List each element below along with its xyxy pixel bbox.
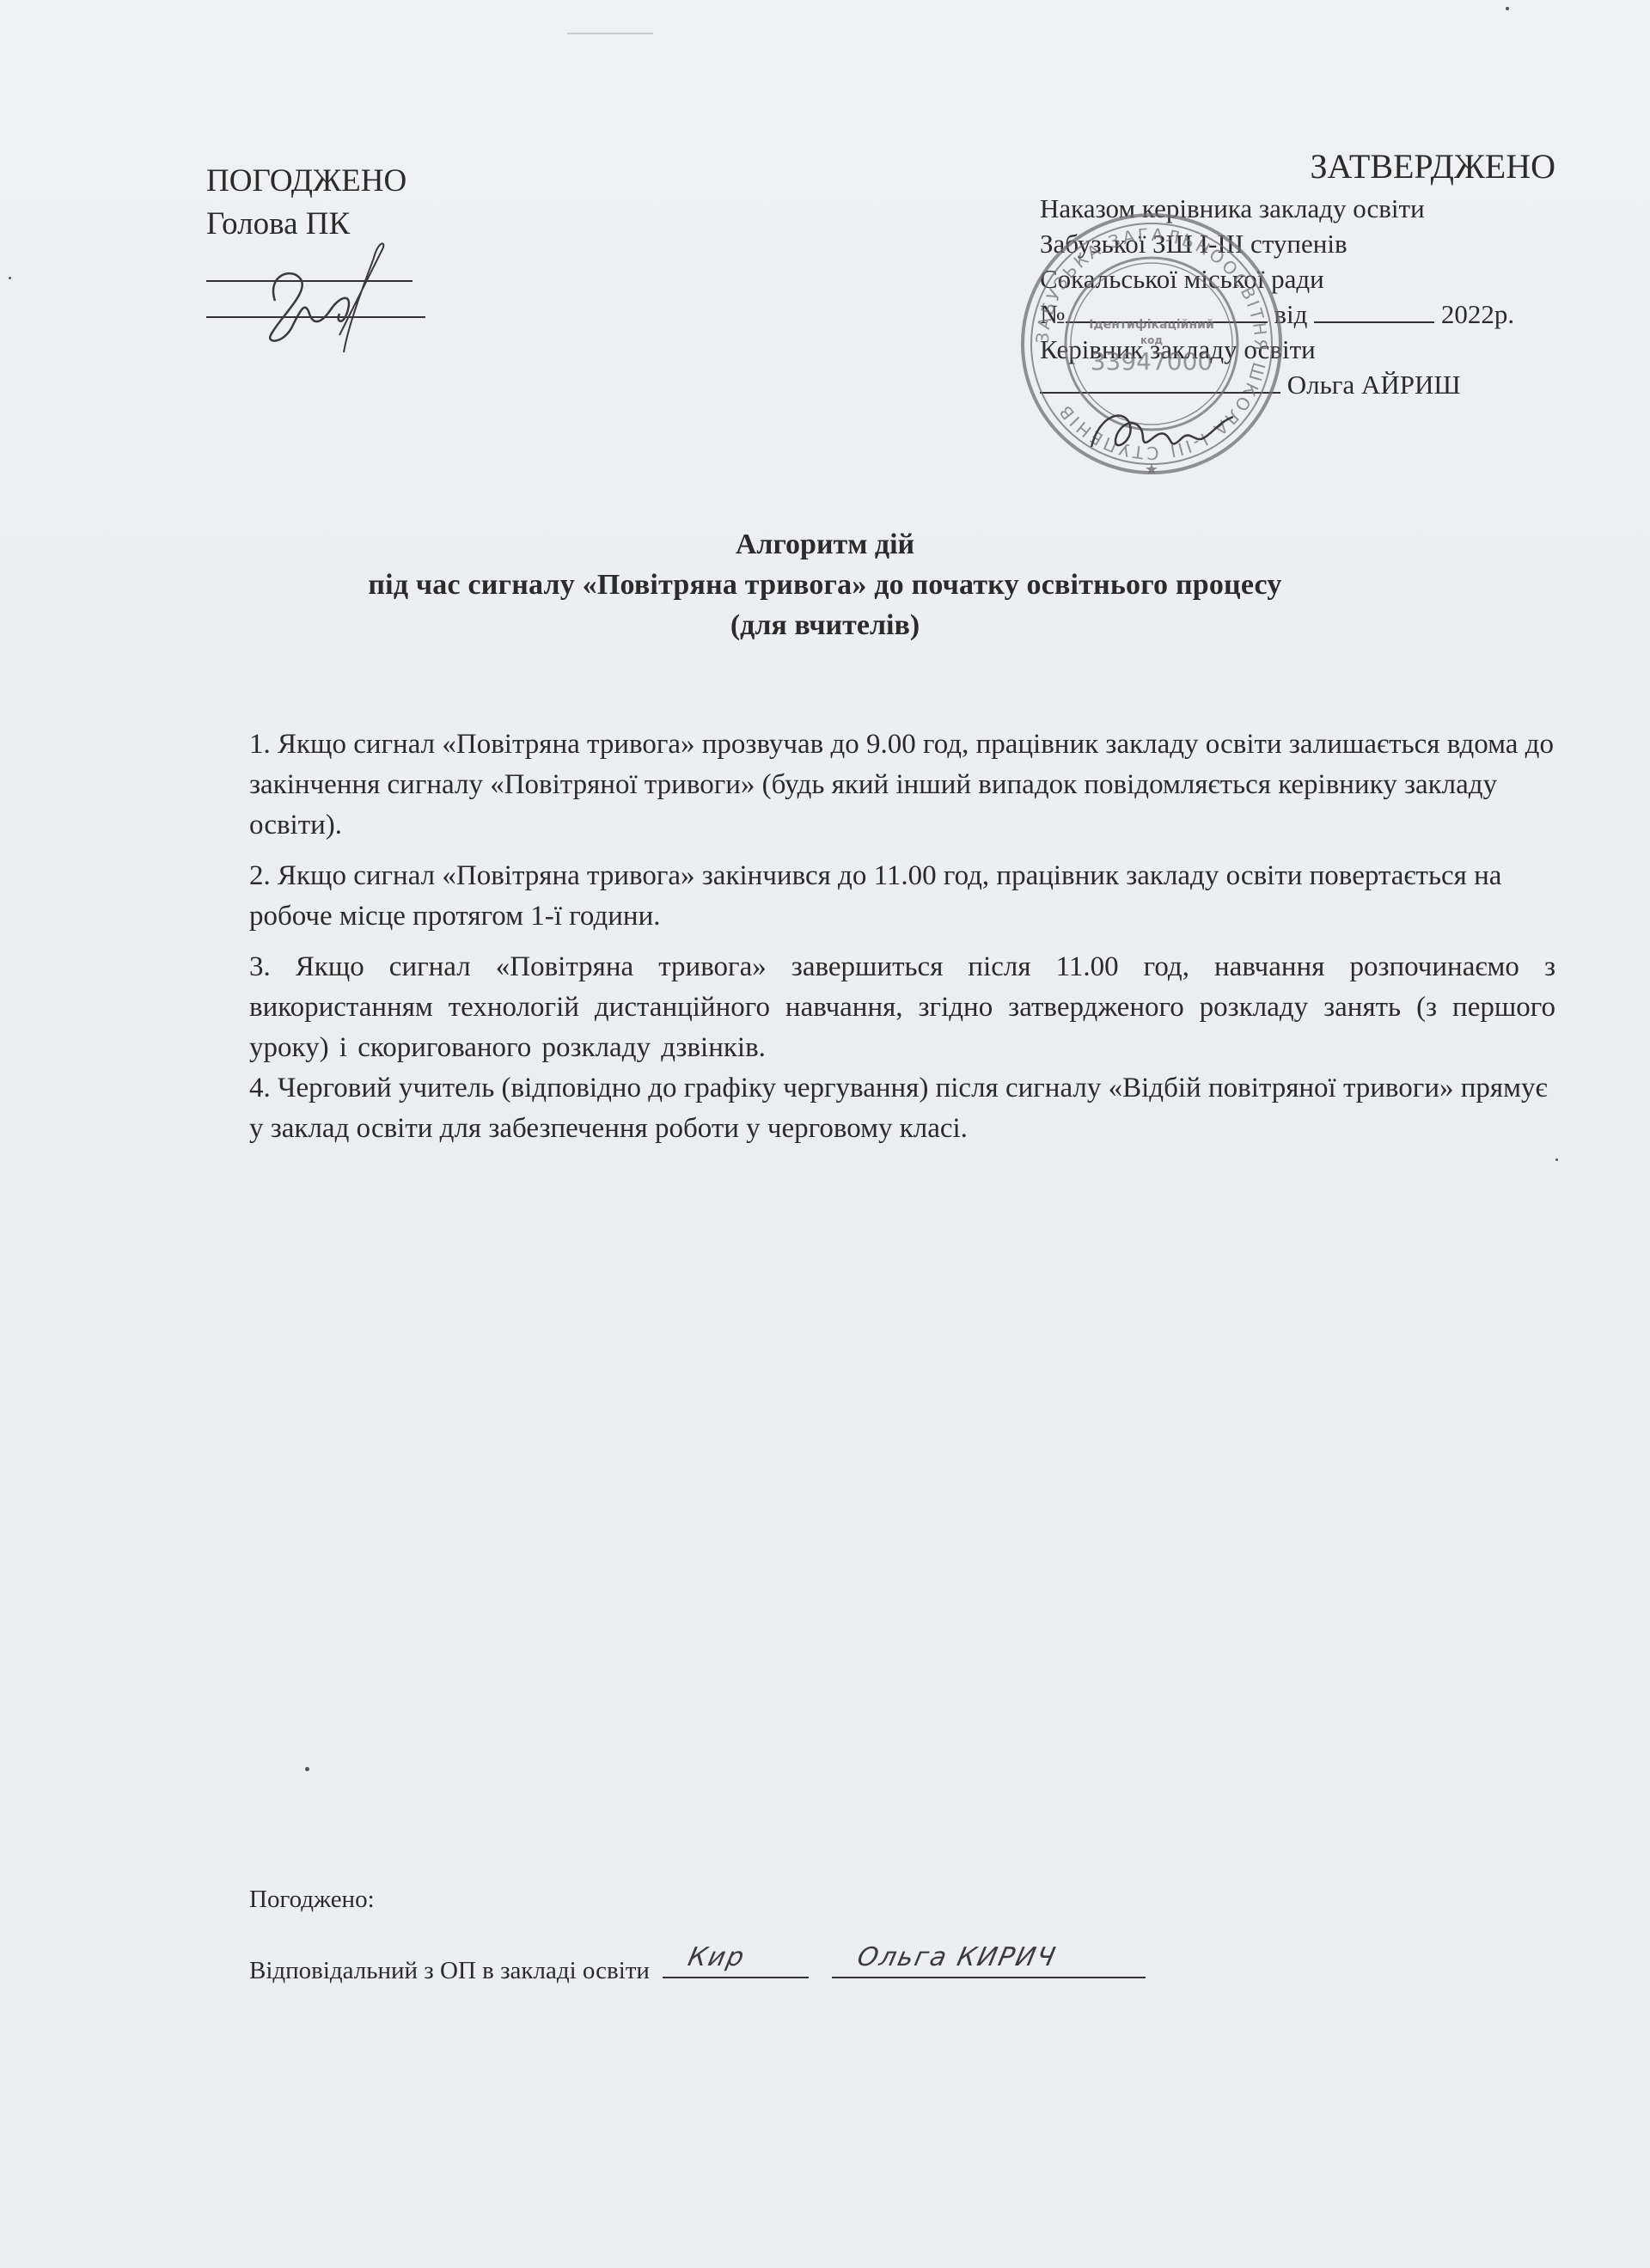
- algorithm-item-2: 2. Якщо сигнал «Повітряна тривога» закін…: [249, 856, 1555, 937]
- footer-block: Погоджено: Відповідальний з ОП в закладі…: [249, 1882, 1146, 1988]
- scan-mark: [567, 33, 653, 34]
- date-label: від: [1274, 299, 1307, 329]
- order-number-row: № від 2022р.: [1040, 296, 1555, 332]
- handwritten-signature: Кир: [685, 1941, 749, 1975]
- approved-heading: ЗАТВЕРДЖЕНО: [1040, 143, 1555, 191]
- agreed-position: Голова ПК: [206, 203, 425, 246]
- algorithm-item-1: 1. Якщо сигнал «Повітряна тривога» прозв…: [249, 724, 1555, 846]
- order-line-2: Забузької ЗШ І-ІІІ ступенів: [1040, 226, 1555, 261]
- responsible-label: Відповідальний з ОП в закладі освіти: [249, 1957, 650, 1984]
- algorithm-items: 1. Якщо сигнал «Повітряна тривога» прозв…: [249, 724, 1555, 1149]
- signer-signature-blank: [1040, 370, 1280, 394]
- signature-left-icon: [258, 241, 395, 352]
- responsible-name-field: Ольга КИРИЧ: [832, 1949, 1146, 1978]
- scan-speck: [305, 1767, 309, 1771]
- number-label: №: [1040, 299, 1066, 329]
- scan-speck: [1555, 1158, 1558, 1161]
- signer-title: Керівник закладу освіти: [1040, 332, 1555, 367]
- responsible-row: Відповідальний з ОП в закладі освіти Кир…: [249, 1949, 1146, 1988]
- scan-speck: [1506, 7, 1509, 10]
- algorithm-item-3: 3. Якщо сигнал «Повітряна тривога» завер…: [249, 947, 1555, 1068]
- year-label: 2022р.: [1441, 299, 1514, 329]
- agreed-heading: ПОГОДЖЕНО: [206, 160, 425, 203]
- document-title: Алгоритм дій під час сигналу «Повітряна …: [0, 524, 1650, 645]
- signer-name: Ольга АЙРИШ: [1287, 370, 1461, 400]
- date-blank: [1314, 299, 1434, 323]
- title-line-3: (для вчителів): [0, 605, 1650, 645]
- title-line-2: під час сигналу «Повітряна тривога» до п…: [0, 565, 1650, 605]
- handwritten-name: Ольга КИРИЧ: [854, 1941, 1060, 1975]
- scan-speck: [9, 277, 11, 279]
- number-blank: [1066, 299, 1268, 323]
- document-page: ПОГОДЖЕНО Голова ПК ЗАТВЕРДЖЕНО Наказом …: [0, 0, 1650, 2268]
- signature-right-icon: [1083, 404, 1246, 464]
- algorithm-item-4: 4. Черговий учитель (відповідно до графі…: [249, 1068, 1555, 1149]
- title-line-1: Алгоритм дій: [0, 524, 1650, 565]
- footer-agreed-label: Погоджено:: [249, 1882, 1146, 1916]
- signer-row: Ольга АЙРИШ: [1040, 367, 1555, 402]
- order-line-3: Сокальської міської ради: [1040, 261, 1555, 296]
- responsible-signature: Кир: [663, 1951, 809, 1978]
- approved-block: ЗАТВЕРДЖЕНО Наказом керівника закладу ос…: [1040, 143, 1555, 402]
- order-line-1: Наказом керівника закладу освіти: [1040, 191, 1555, 226]
